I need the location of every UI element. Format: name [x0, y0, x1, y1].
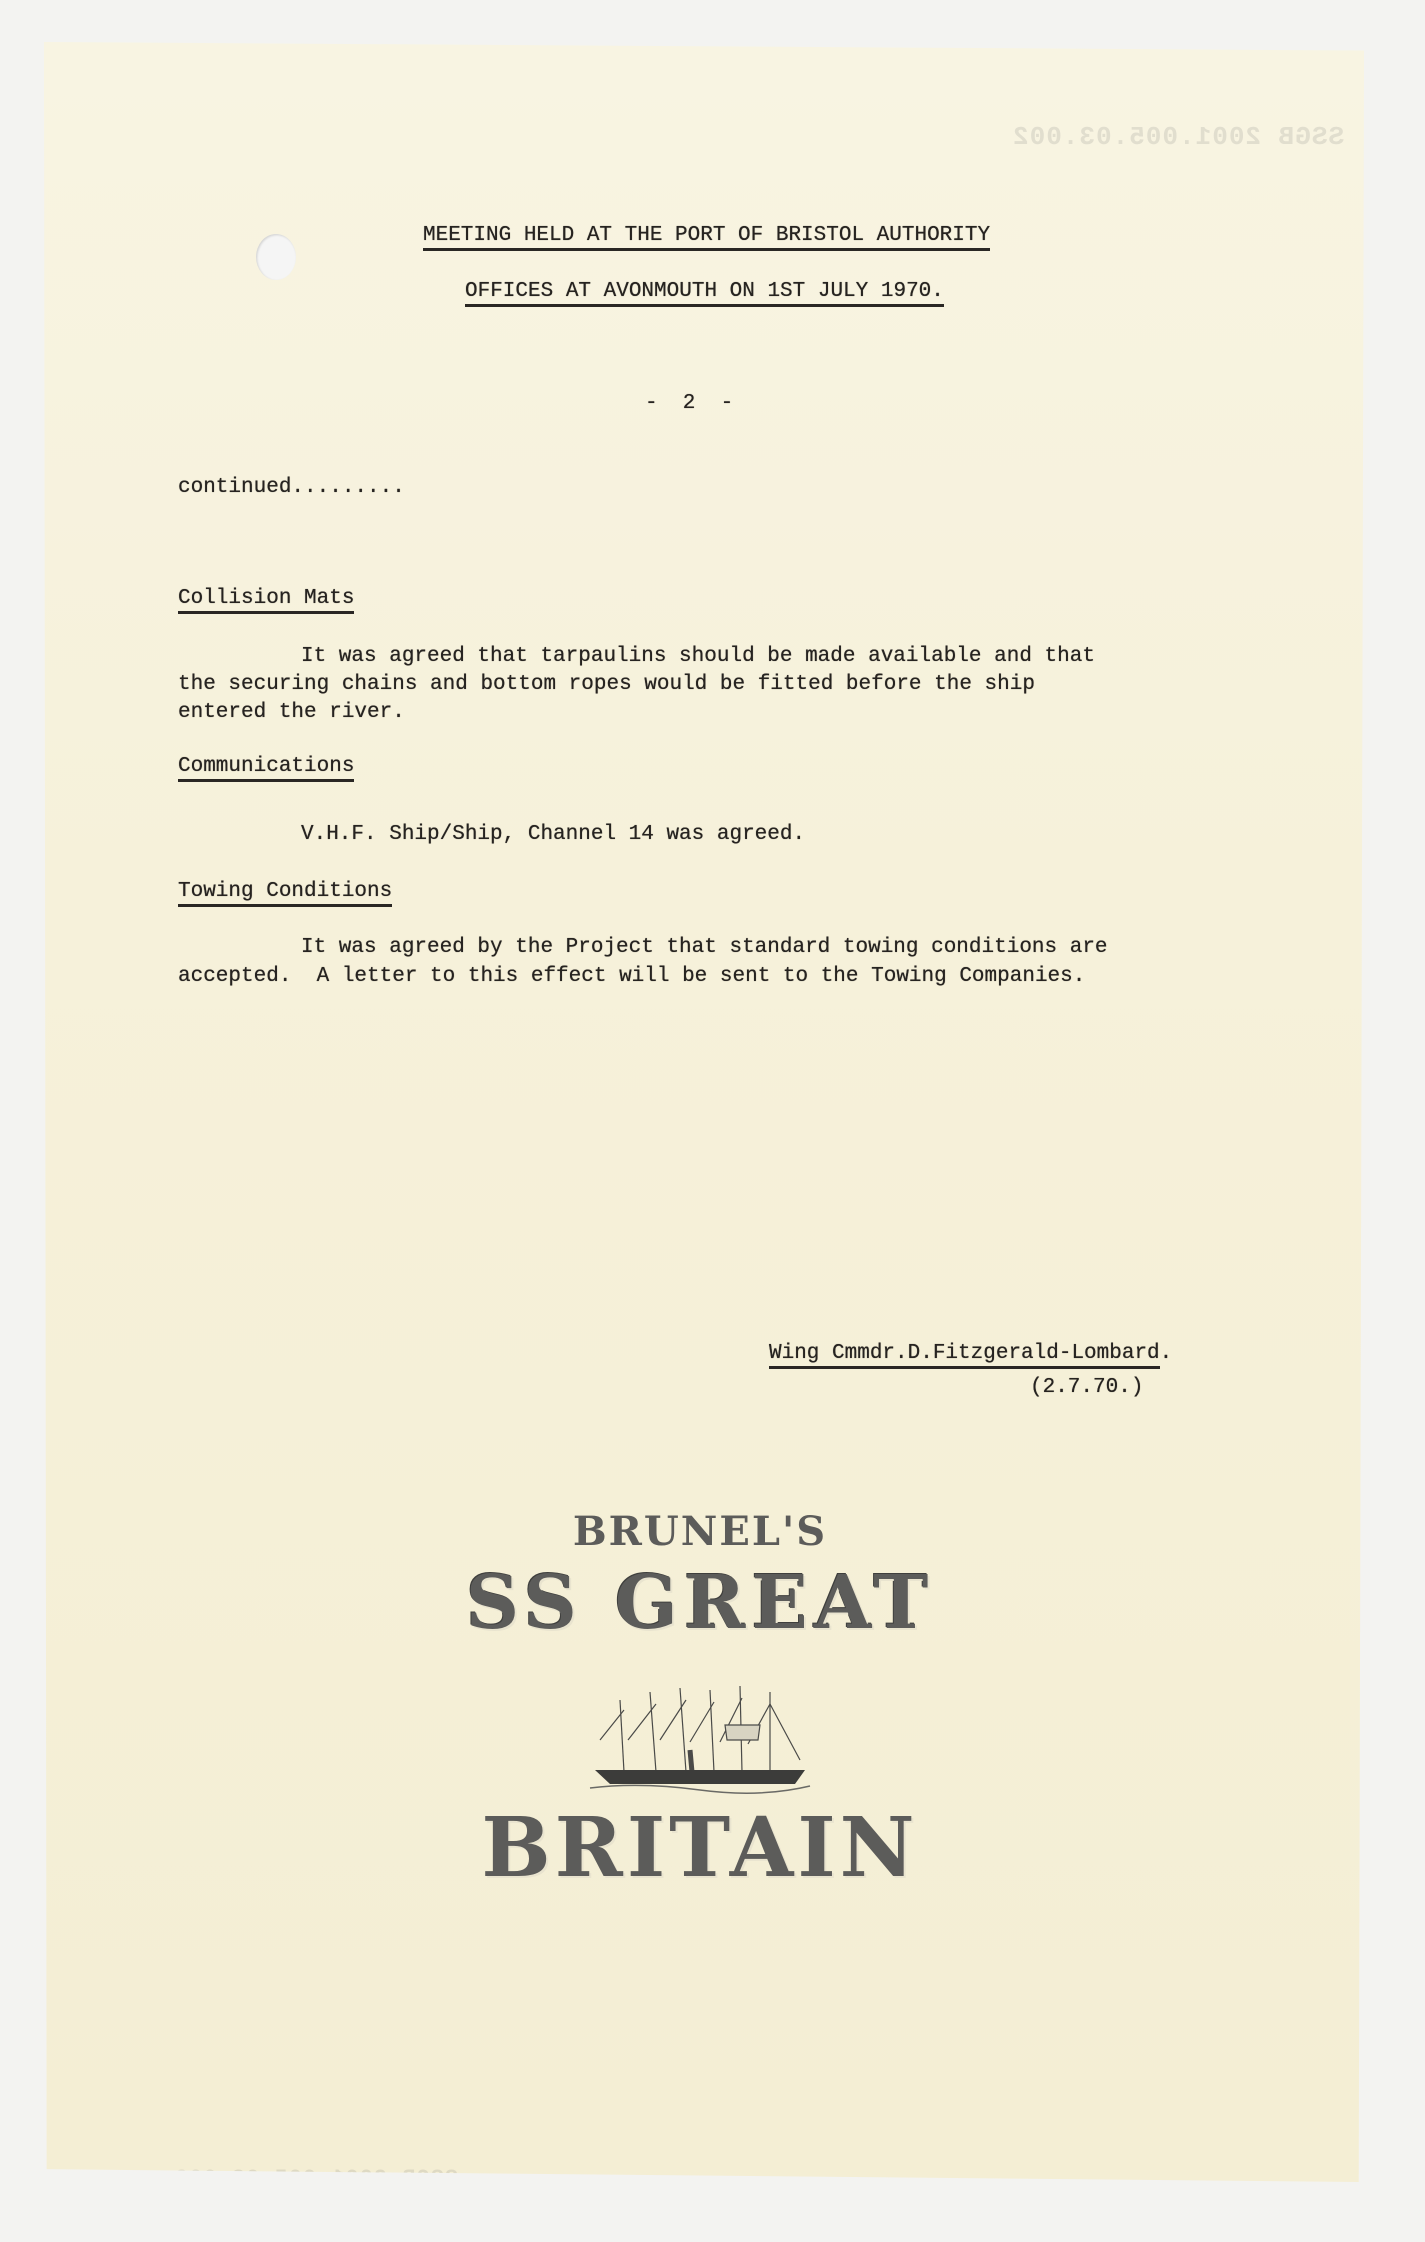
signature-name: Wing Cmmdr.D.Fitzgerald-Lombard. [769, 1342, 1172, 1365]
heading-towing-conditions: Towing Conditions [178, 880, 392, 903]
sailing-ship-icon [580, 1680, 820, 1800]
paragraph-communications: V.H.F. Ship/Ship, Channel 14 was agreed. [301, 823, 805, 846]
title-line-2: OFFICES AT AVONMOUTH ON 1ST JULY 1970. [465, 280, 944, 303]
logo-britain-text: BRITAIN [430, 1800, 970, 1896]
logo-brunels-text: BRUNEL'S [430, 1508, 970, 1555]
page-number: - 2 - [645, 392, 733, 415]
punch-hole [256, 234, 296, 280]
paragraph-towing-conditions: It was agreed by the Project that standa… [178, 933, 1108, 991]
title-line-1: MEETING HELD AT THE PORT OF BRISTOL AUTH… [423, 224, 990, 247]
heading-collision-mats: Collision Mats [178, 587, 354, 610]
heading-communications: Communications [178, 755, 354, 778]
ss-great-britain-logo: BRUNEL'S SS GREAT BRITAIN [430, 1500, 970, 1900]
show-through-reference-bottom: SSGB 2001.005.03.002 [174, 2166, 458, 2191]
continued-label: continued......... [178, 476, 405, 499]
show-through-reference-top: SSGB 2001.005.03.002 [1012, 122, 1344, 152]
paragraph-collision-mats: It was agreed that tarpaulins should be … [178, 643, 1095, 727]
logo-ss-great-text: SS GREAT [430, 1560, 970, 1646]
signature-date: (2.7.70.) [1030, 1376, 1143, 1399]
